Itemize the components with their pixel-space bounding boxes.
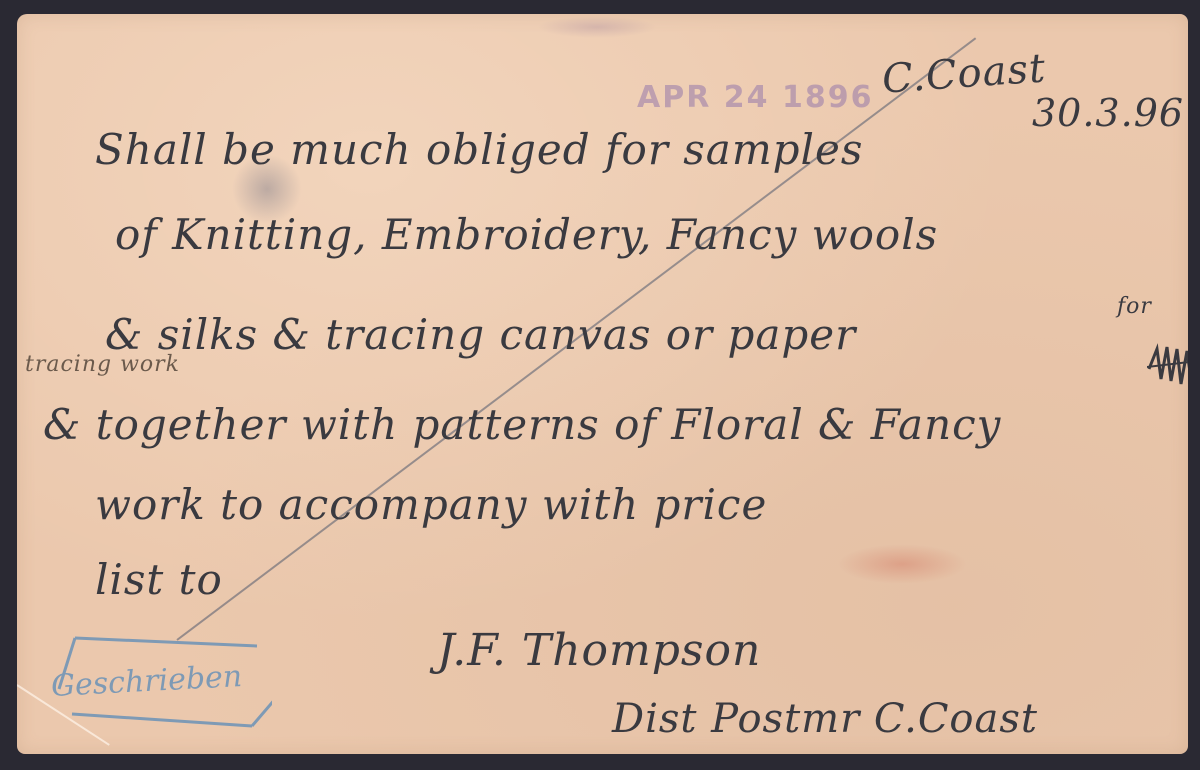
body-line-6: list to [95, 559, 223, 601]
insertion-for: for [1117, 296, 1152, 318]
postcard: APR 24 1896 C.Coast 30.3.96 Shall be muc… [17, 14, 1188, 754]
insertion-tracing-work: tracing work [25, 354, 180, 376]
header-date: 30.3.96 [1032, 94, 1184, 132]
faint-top-stamp [537, 16, 657, 38]
body-line-5: work to accompany with price [95, 484, 767, 526]
header-place: C.Coast [881, 48, 1047, 99]
body-line-1: Shall be much obliged for samples [95, 129, 863, 171]
body-line-2: of Knitting, Embroidery, Fancy wools [115, 214, 938, 256]
signature-title: Dist Postmr C.Coast [612, 699, 1038, 739]
struck-out-word [1147, 339, 1188, 394]
red-ink-marks [837, 544, 967, 584]
body-line-4: & together with patterns of Floral & Fan… [43, 404, 1001, 446]
scan-background: APR 24 1896 C.Coast 30.3.96 Shall be muc… [0, 0, 1200, 770]
date-stamp: APR 24 1896 [637, 80, 873, 115]
signature-name: J.F. Thompson [437, 629, 761, 673]
body-line-3: & silks & tracing canvas or paper [105, 314, 856, 356]
